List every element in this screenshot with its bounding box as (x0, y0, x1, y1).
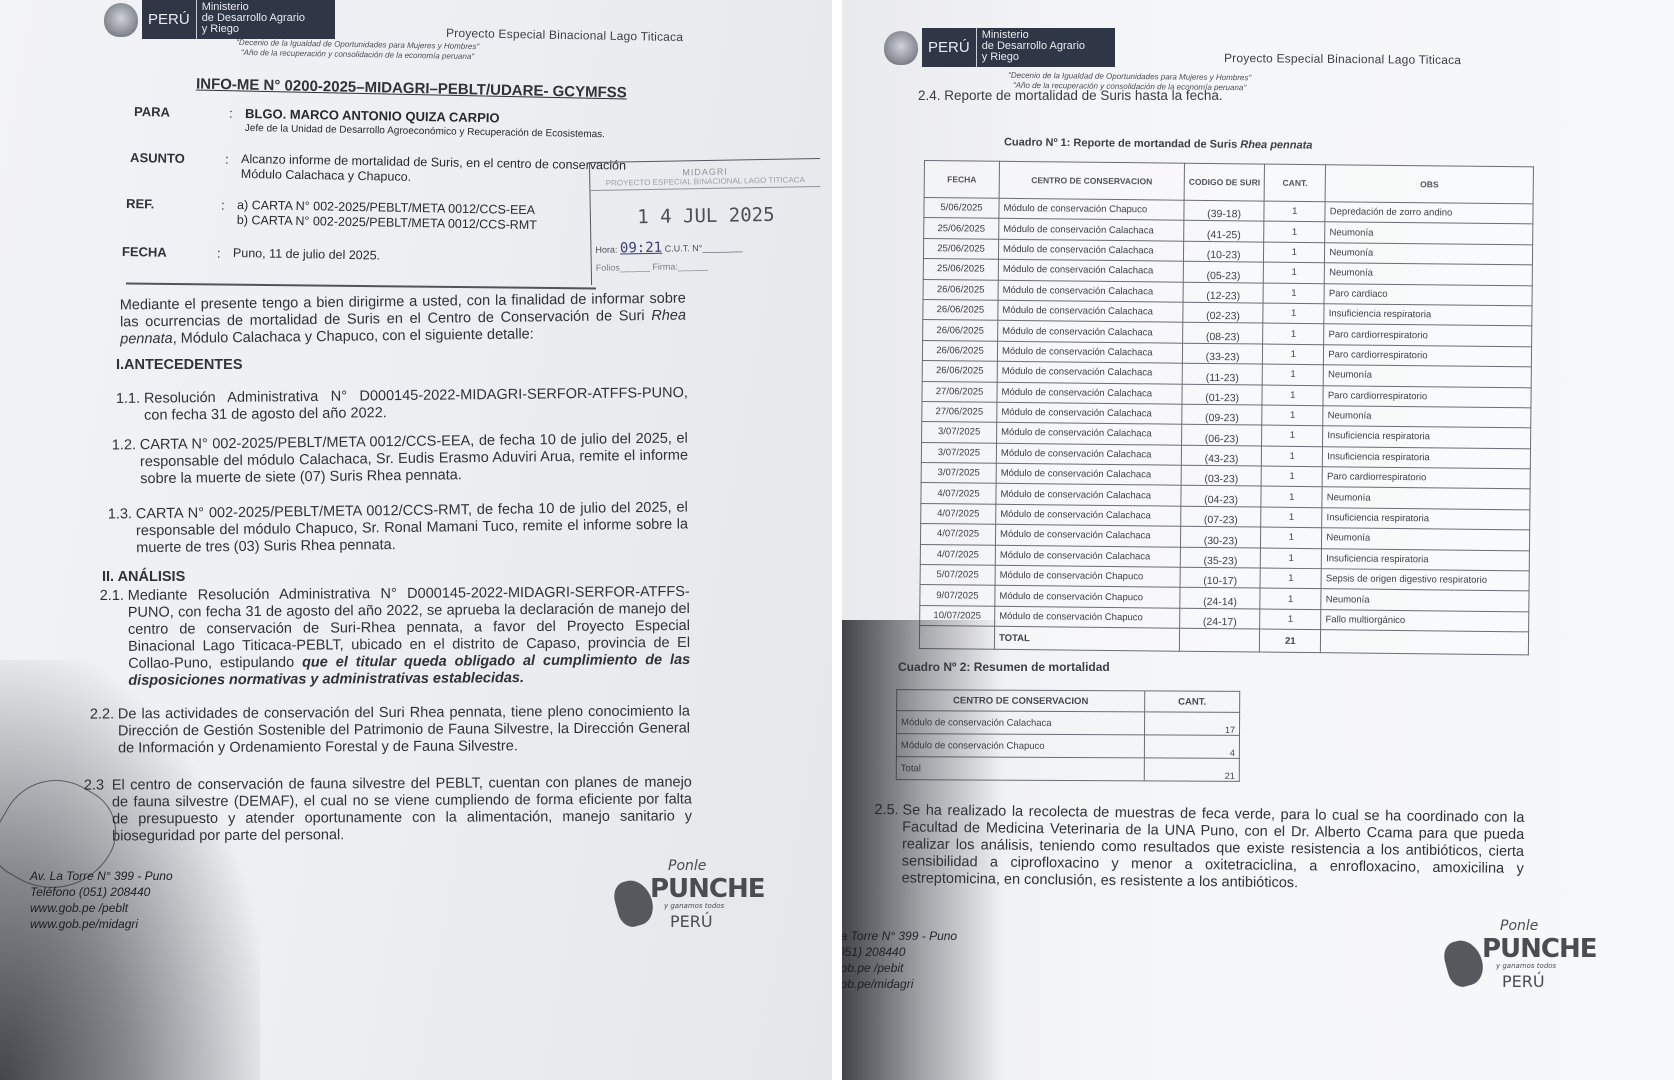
stamp-time: 09:21 (620, 240, 662, 257)
cell-cant: 1 (1260, 568, 1321, 589)
project-title: Proyecto Especial Binacional Lago Titica… (1224, 51, 1461, 67)
cell-obs: Fallo multiorgánico (1321, 609, 1529, 632)
cell-codigo: (07-23) (1181, 506, 1262, 527)
logo-country: PERÚ (922, 28, 977, 67)
cell-centro: Módulo de conservación Chapuco (995, 606, 1180, 628)
cell-cant: 21 (1144, 758, 1239, 781)
analisis-2-5: 2.5. Se ha realizado la recolecta de mue… (874, 802, 1525, 895)
meta-para: PARA : BLGO. MARCO ANTONIO QUIZA CARPIO … (134, 104, 606, 142)
cell-fecha: 3/07/2025 (921, 442, 996, 463)
cell-cant: 1 (1262, 405, 1323, 426)
cell-obs: Neumonía (1325, 242, 1533, 265)
footer-contact: La Torre N° 399 - Puno (051) 208440 gob.… (842, 928, 957, 992)
cell-codigo: (01-23) (1182, 384, 1263, 405)
antecedente-1-1: 1.1. Resolución Administrativa N° D00014… (116, 385, 688, 425)
cell-centro: Módulo de conservación Calachaca (996, 504, 1181, 526)
document-page-2: PERÚ Ministerio de Desarrollo Agrario y … (842, 0, 1674, 1080)
cell-cant: 1 (1264, 242, 1325, 263)
cell-codigo: (43-23) (1181, 445, 1262, 466)
antecedente-1-3: 1.3. CARTA N° 002-2025/PEBLT/META 0012/C… (108, 499, 689, 557)
project-title: Proyecto Especial Binacional Lago Titica… (446, 26, 683, 44)
section-antecedentes: I.ANTECEDENTES (116, 357, 243, 373)
total-label: TOTAL (994, 626, 1179, 651)
section-analisis: II. ANÁLISIS (102, 569, 185, 585)
meta-ref: REF. : a) CARTA N° 002-2025/PEBLT/META 0… (126, 196, 537, 233)
cell-fecha: 25/06/2025 (923, 238, 998, 259)
ministry-logo: PERÚ Ministerio de Desarrollo Agrario y … (104, 0, 335, 39)
cell-centro: Módulo de conservación Calachaca (997, 382, 1182, 404)
table-1-caption: Cuadro Nº 1: Reporte de mortandad de Sur… (1004, 136, 1313, 151)
cell-obs: Sepsis de origen digestivo respiratorio (1321, 569, 1529, 592)
coat-of-arms-icon (884, 31, 918, 65)
cell-cant: 1 (1261, 527, 1322, 548)
meta-asunto: ASUNTO : Alcanzo informe de mortalidad d… (130, 150, 626, 189)
cell-centro: Módulo de conservación Calachaca (996, 463, 1181, 485)
cell-cant: 1 (1260, 609, 1321, 630)
peru-map-icon (1441, 936, 1488, 990)
cell-obs: Insuficiencia respiratoria (1323, 426, 1531, 449)
cell-centro: Total (896, 757, 1144, 781)
cell-centro: Módulo de conservación Calachaca (996, 484, 1181, 506)
cell-obs: Paro cardiorrespiratorio (1322, 467, 1530, 490)
ponle-punche-logo: Ponle PUNCHE y ganamos todos PERÚ (1442, 918, 1582, 998)
cell-fecha: 25/06/2025 (923, 259, 998, 280)
cell-obs: Insuficiencia respiratoria (1323, 446, 1531, 469)
cell-cant: 4 (1144, 735, 1239, 758)
cell-centro: Módulo de conservación Calachaca (998, 280, 1183, 302)
cell-codigo: (39-18) (1184, 200, 1265, 221)
cell-cant: 1 (1263, 323, 1324, 344)
cell-obs: Paro cardiorrespiratorio (1324, 324, 1532, 347)
header-divider (126, 283, 596, 290)
cell-fecha: 4/07/2025 (921, 483, 996, 504)
analisis-2-3: 2.3 El centro de conservación de fauna s… (84, 774, 692, 845)
logo-ministry: Ministerio de Desarrollo Agrario y Riego (977, 28, 1115, 67)
coat-of-arms-icon (104, 3, 138, 37)
cell-obs: Neumonía (1325, 263, 1533, 286)
cell-fecha: 26/06/2025 (922, 361, 997, 382)
cell-obs: Neumonía (1321, 589, 1529, 612)
cell-centro: Módulo de conservación Chapuco (995, 586, 1180, 608)
cell-fecha: 27/06/2025 (922, 381, 997, 402)
cell-codigo: (06-23) (1182, 425, 1263, 446)
cell-centro: Módulo de conservación Chapuco (999, 198, 1184, 220)
cell-codigo: (30-23) (1180, 526, 1261, 547)
section-2-4-title: 2.4. Reporte de mortalidad de Suris hast… (918, 88, 1223, 103)
cell-fecha: 26/06/2025 (923, 320, 998, 341)
cell-cant: 1 (1261, 548, 1322, 569)
cell-cant: 1 (1261, 487, 1322, 508)
cell-centro: Módulo de conservación Calachaca (998, 321, 1183, 343)
cell-fecha: 26/06/2025 (923, 279, 998, 300)
cell-cant: 1 (1262, 425, 1323, 446)
cell-centro: Módulo de conservación Calachaca (998, 239, 1183, 261)
cell-codigo: (41-25) (1184, 221, 1265, 242)
total-value: 21 (1260, 629, 1321, 653)
cell-cant: 1 (1263, 344, 1324, 365)
cell-cant: 1 (1262, 385, 1323, 406)
cell-fecha: 4/07/2025 (920, 544, 995, 565)
cell-centro: Módulo de conservación Calachaca (897, 711, 1145, 735)
cell-fecha: 9/07/2025 (920, 585, 995, 606)
reception-stamp: MIDAGRI PROYECTO ESPECIAL BINACIONAL LAG… (589, 158, 822, 285)
ponle-punche-logo: Ponle PUNCHE y ganamos todos PERÚ (612, 858, 752, 938)
cell-codigo: (12-23) (1183, 282, 1264, 303)
antecedente-1-2: 1.2. CARTA N° 002-2025/PEBLT/META 0012/C… (112, 430, 689, 488)
cell-codigo: (02-23) (1183, 302, 1264, 323)
cell-centro: Módulo de conservación Chapuco (896, 734, 1144, 758)
mortality-report-table: FECHA CENTRO DE CONSERVACION CODIGO DE S… (919, 160, 1534, 656)
cell-fecha: 3/07/2025 (921, 463, 996, 484)
cell-codigo: (03-23) (1181, 465, 1262, 486)
document-number: INFO-ME N° 0200-2025–MIDAGRI–PEBLT/UDARE… (196, 75, 627, 101)
cell-centro: Módulo de conservación Calachaca (995, 525, 1180, 547)
cell-fecha: 4/07/2025 (920, 524, 995, 545)
table-2-caption: Cuadro Nº 2: Resumen de mortalidad (898, 660, 1110, 674)
cell-cant: 1 (1263, 283, 1324, 304)
cell-codigo: (24-14) (1180, 588, 1261, 609)
meta-fecha: FECHA : Puno, 11 de julio del 2025. (122, 244, 380, 264)
cell-centro: Módulo de conservación Calachaca (997, 402, 1182, 424)
document-page-1: PERÚ Ministerio de Desarrollo Agrario y … (0, 0, 842, 1080)
cell-obs: Neumonía (1323, 406, 1531, 429)
cell-fecha: 26/06/2025 (922, 340, 997, 361)
cell-obs: Paro cardiorrespiratorio (1324, 344, 1532, 367)
table-row: Módulo de conservación Chapuco4 (896, 734, 1239, 759)
cell-codigo: (35-23) (1180, 547, 1261, 568)
cell-codigo: (10-23) (1183, 241, 1264, 262)
cell-fecha: 25/06/2025 (924, 218, 999, 239)
cell-fecha: 5/06/2025 (924, 198, 999, 219)
table-header-row: FECHA CENTRO DE CONSERVACION CODIGO DE S… (924, 161, 1533, 204)
cell-cant: 1 (1261, 507, 1322, 528)
cell-codigo: (10-17) (1180, 567, 1261, 588)
table-row: Módulo de conservación Calachaca17 (897, 711, 1240, 736)
cell-centro: Módulo de conservación Calachaca (995, 545, 1180, 567)
cell-obs: Insuficiencia respiratoria (1324, 304, 1532, 327)
cell-centro: Módulo de conservación Calachaca (997, 423, 1182, 445)
cell-codigo: (24-17) (1180, 608, 1261, 629)
cell-fecha: 4/07/2025 (921, 503, 996, 524)
cell-centro: Módulo de conservación Calachaca (997, 341, 1182, 363)
cell-fecha: 10/07/2025 (920, 605, 995, 626)
cell-codigo: (11-23) (1182, 363, 1263, 384)
cell-cant: 1 (1264, 201, 1325, 222)
stamp-date: 1 4 JUL 2025 (591, 203, 821, 229)
cell-cant: 1 (1263, 303, 1324, 324)
mortality-summary-table: CENTRO DE CONSERVACION CANT. Módulo de c… (896, 689, 1240, 782)
cell-obs: Insuficiencia respiratoria (1322, 548, 1530, 571)
analisis-2-2: 2.2. De las actividades de conservación … (90, 703, 690, 757)
cell-fecha: 26/06/2025 (923, 299, 998, 320)
cell-centro: Módulo de conservación Calachaca (996, 443, 1181, 465)
cell-cant: 1 (1262, 446, 1323, 467)
mottos: "Decenio de la Igualdad de Oportunidades… (236, 38, 479, 62)
cell-centro: Módulo de conservación Chapuco (995, 565, 1180, 587)
cell-codigo: (08-23) (1183, 323, 1264, 344)
cell-codigo: (09-23) (1182, 404, 1263, 425)
table-header-row: CENTRO DE CONSERVACION CANT. (897, 690, 1240, 713)
footer-contact: Av. La Torre N° 399 - Puno Teléfono (051… (30, 868, 173, 932)
logo-ministry: Ministerio de Desarrollo Agrario y Riego (197, 0, 335, 39)
ministry-logo: PERÚ Ministerio de Desarrollo Agrario y … (884, 28, 1115, 67)
cell-centro: Módulo de conservación Calachaca (998, 300, 1183, 322)
cell-centro: Módulo de conservación Calachaca (997, 361, 1182, 383)
cell-cant: 17 (1145, 712, 1240, 735)
cell-cant: 1 (1264, 262, 1325, 283)
cell-fecha: 3/07/2025 (922, 422, 997, 443)
cell-obs: Depredación de zorro andino (1325, 202, 1533, 225)
cell-cant: 1 (1260, 588, 1321, 609)
cell-obs: Paro cardiaco (1324, 283, 1532, 306)
cell-obs: Paro cardiorrespiratorio (1323, 385, 1531, 408)
cell-cant: 1 (1262, 364, 1323, 385)
cell-obs: Insuficiencia respiratoria (1322, 508, 1530, 531)
intro-paragraph: Mediante el presente tengo a bien dirigi… (120, 291, 687, 349)
analisis-2-1: 2.1. Mediante Resolución Administrativa … (100, 584, 691, 690)
table-row: Total21 (896, 757, 1239, 782)
cell-centro: Módulo de conservación Calachaca (999, 219, 1184, 241)
cell-obs: Neumonía (1322, 487, 1530, 510)
cell-centro: Módulo de conservación Calachaca (998, 259, 1183, 281)
cell-codigo: (33-23) (1182, 343, 1263, 364)
cell-obs: Neumonía (1325, 222, 1533, 245)
cell-cant: 1 (1261, 466, 1322, 487)
logo-country: PERÚ (142, 0, 197, 39)
cell-cant: 1 (1264, 221, 1325, 242)
cell-fecha: 5/07/2025 (920, 565, 995, 586)
cell-codigo: (04-23) (1181, 486, 1262, 507)
cell-obs: Neumonía (1323, 365, 1531, 388)
cell-codigo: (05-23) (1183, 261, 1264, 282)
cell-fecha: 27/06/2025 (922, 401, 997, 422)
cell-obs: Neumonía (1322, 528, 1530, 551)
